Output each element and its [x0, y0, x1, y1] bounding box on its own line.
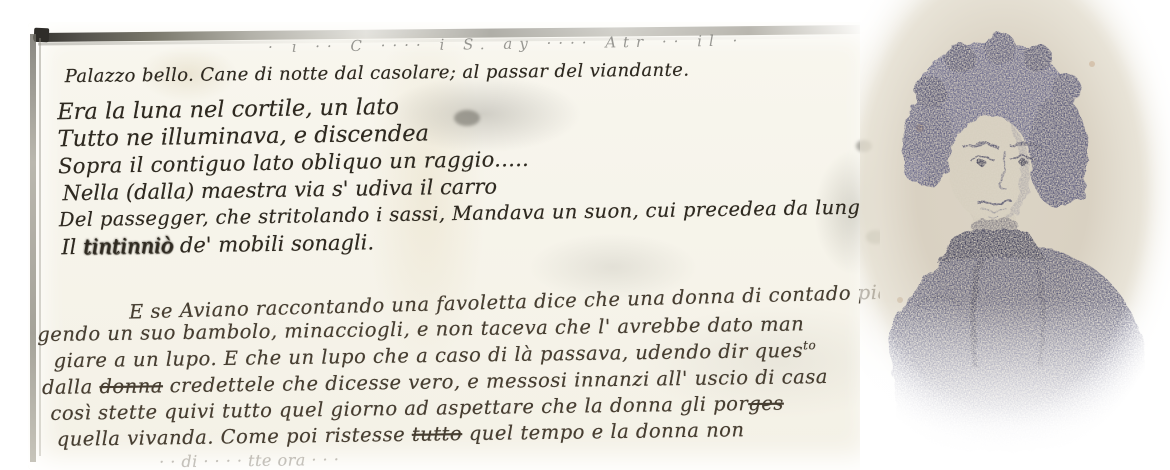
vignette-bottom-fade	[860, 300, 1170, 470]
handwritten-text: tintinniò	[83, 234, 174, 259]
handwritten-text: to	[803, 338, 816, 352]
portrait-photo	[860, 0, 1170, 470]
prose-block: E se Aviano raccontando una favoletta di…	[37, 284, 880, 470]
handwritten-text: Il	[61, 235, 83, 259]
handwritten-text: · · di · · · · tte ora · · ·	[159, 450, 339, 470]
page-left-edge	[30, 34, 36, 462]
page-corner-fold	[34, 28, 49, 43]
handwritten-text: quella vivanda. Come poi ristesse	[57, 423, 412, 451]
manuscript-line: Palazzo bello. Cane di notte dal casolar…	[65, 58, 859, 87]
manuscript-paper: · ı ·· C ···· i S. ay ···· Atr ·· il · P…	[28, 22, 880, 470]
handwritten-text: Era la luna nel cortile, un lato	[57, 94, 399, 125]
handwritten-text: quel tempo e la donna non	[462, 418, 745, 445]
handwritten-text: de' mobili sonagli.	[173, 230, 374, 257]
handwritten-text: Palazzo bello. Cane di notte dal casolar…	[65, 60, 690, 88]
handwritten-text: tutto	[412, 422, 463, 446]
handwritten-text: dalla	[42, 375, 100, 399]
poem-block: Palazzo bello. Cane di notte dal casolar…	[57, 56, 861, 261]
handwritten-text: Nella (dalla) maestra via s' udiva il ca…	[62, 174, 497, 205]
portrait-sketch	[860, 0, 1170, 470]
handwritten-text: ges	[748, 392, 784, 415]
scanned-page: · ı ·· C ···· i S. ay ···· Atr ·· il · P…	[0, 0, 1170, 470]
handwritten-text: donna	[99, 374, 163, 398]
